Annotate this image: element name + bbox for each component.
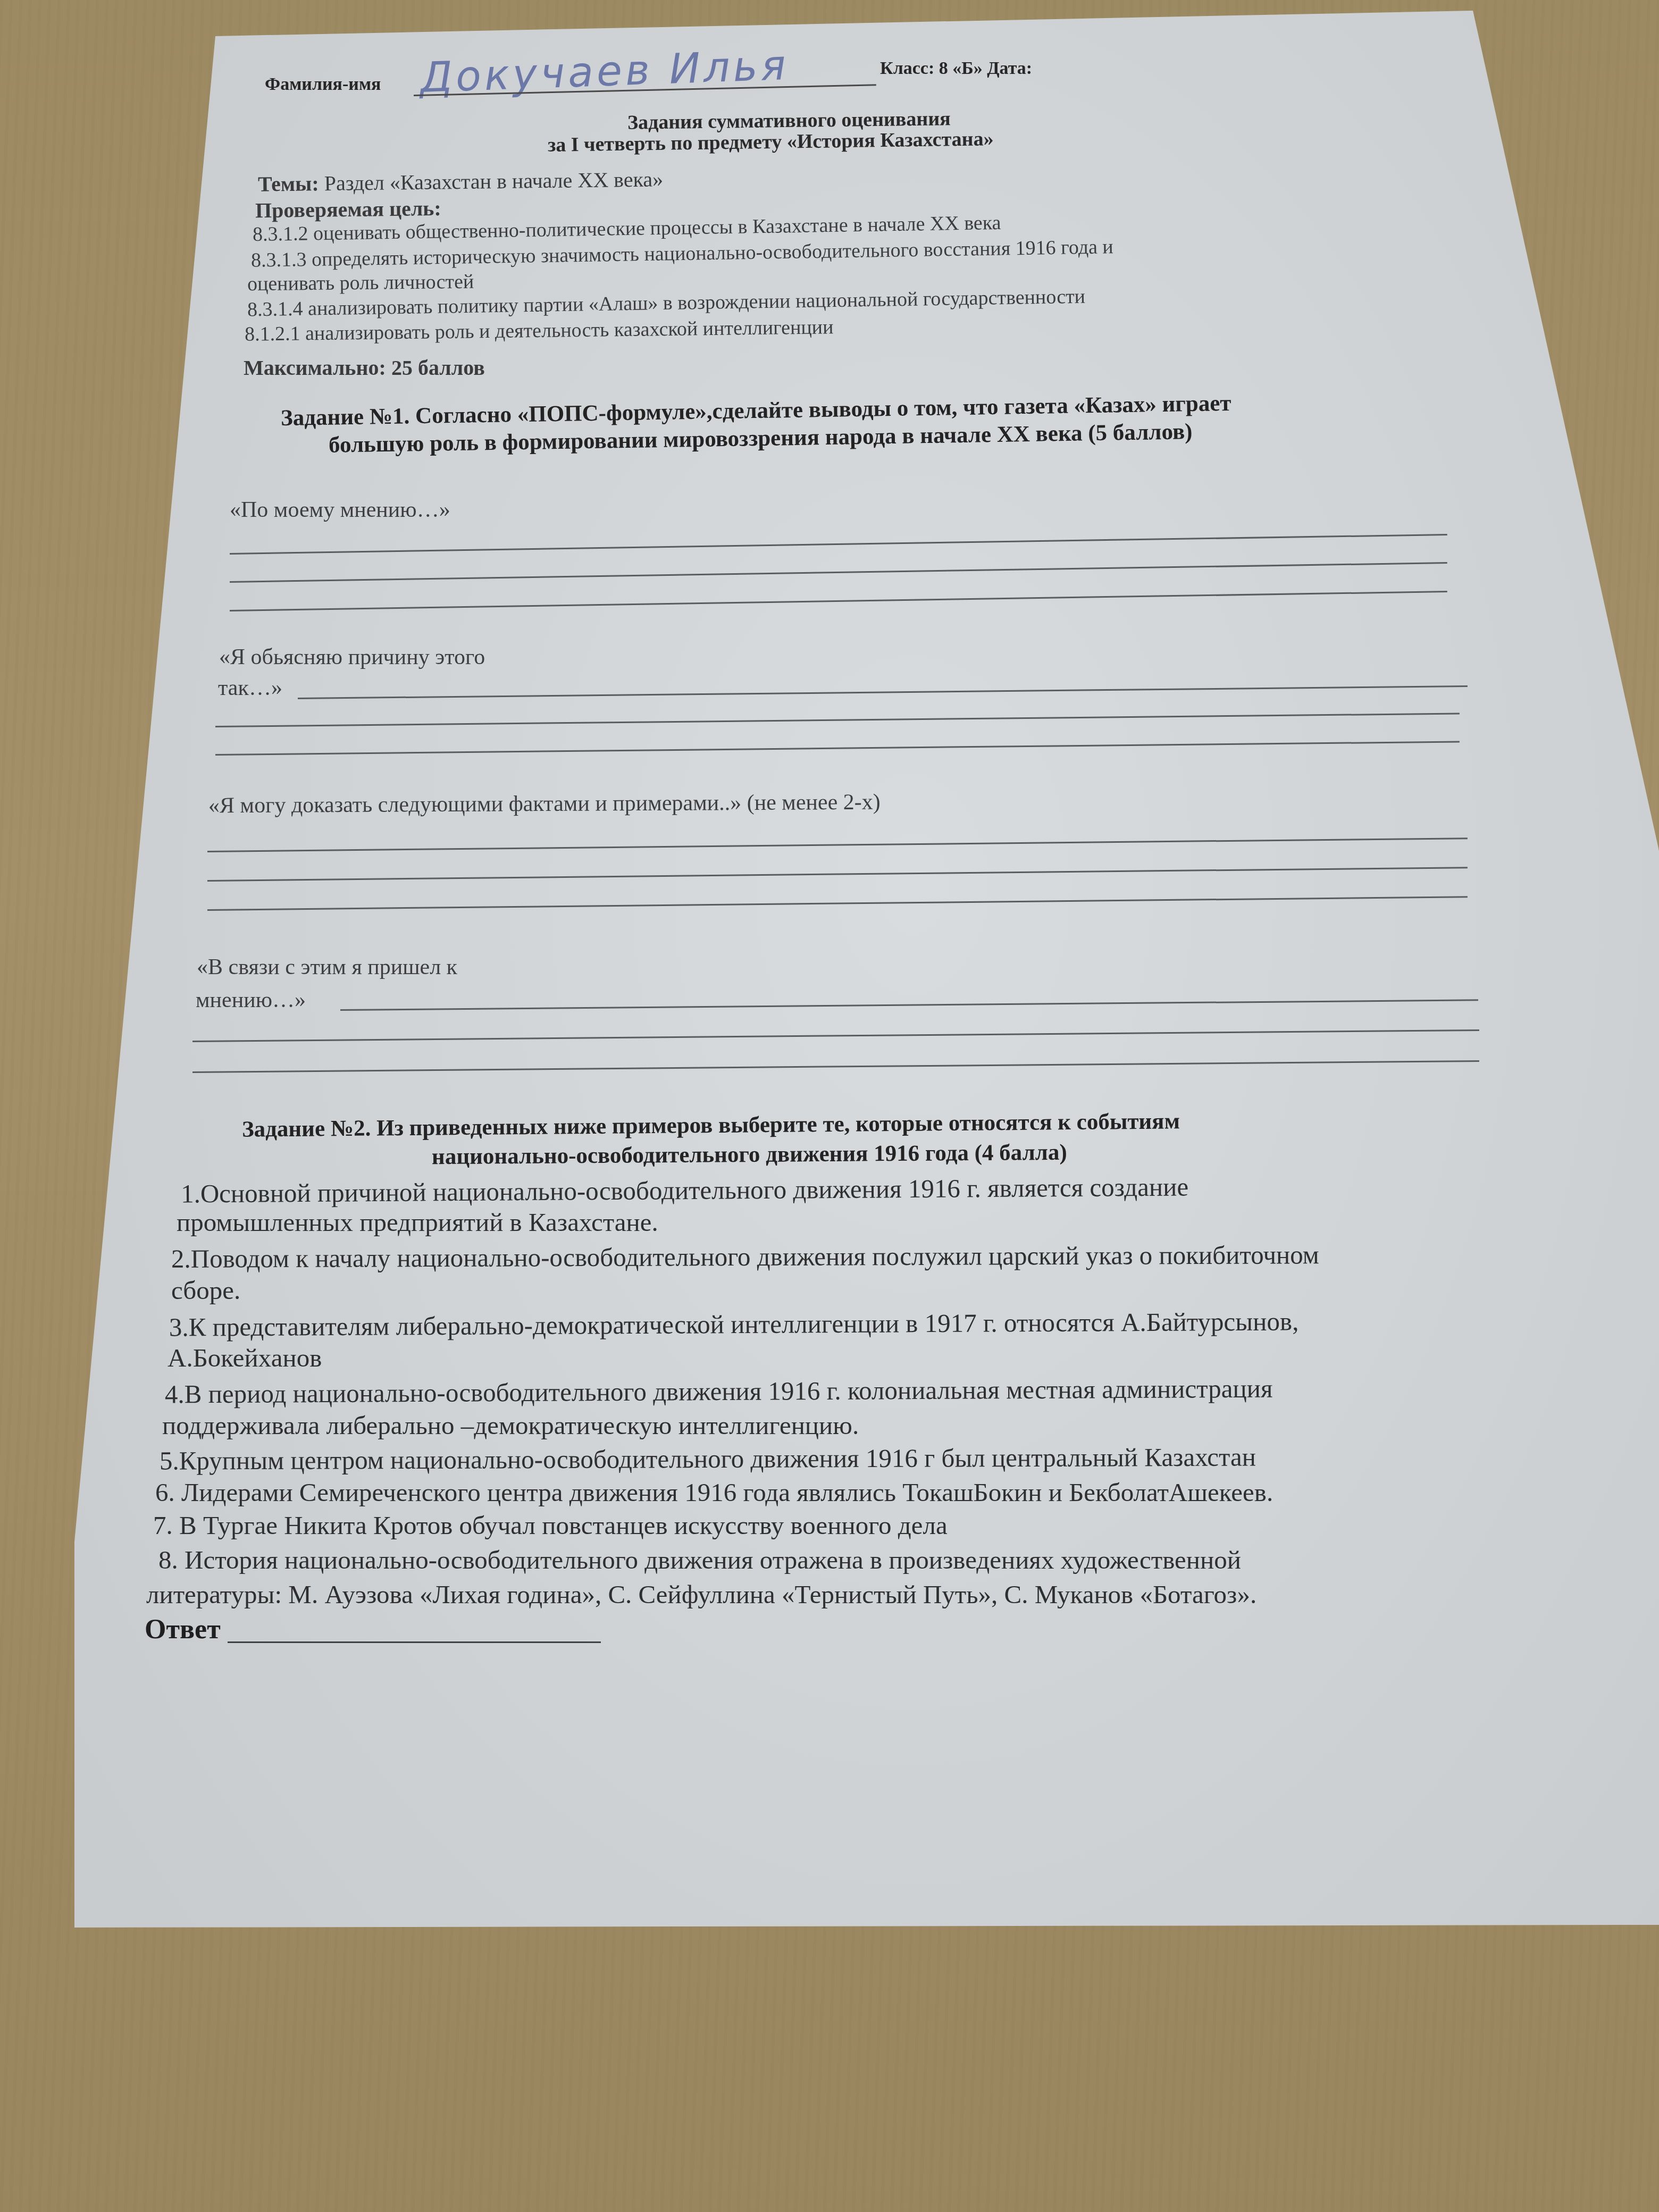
task1-prompt-conclusion-cont: мнению…» xyxy=(196,987,306,1013)
answer-line[interactable] xyxy=(298,685,1468,699)
task1-prompt-evidence: «Я могу доказать следующими фактами и пр… xyxy=(208,790,881,819)
answer-line[interactable] xyxy=(230,562,1447,583)
goal-label: Проверяемая цель: xyxy=(255,196,441,223)
answer-line[interactable] xyxy=(230,534,1447,555)
title-line-2: за I четверть по предмету «История Казах… xyxy=(548,127,994,157)
answer-line[interactable] xyxy=(192,1029,1479,1042)
answer-line[interactable] xyxy=(340,999,1478,1011)
task2-item: промышленных предприятий в Казахстане. xyxy=(177,1207,658,1237)
task2-item: 5.Крупным центром национально-освободите… xyxy=(160,1442,1256,1476)
task2-item: поддерживала либерально –демократическую… xyxy=(162,1410,859,1440)
task2-item: сборе. xyxy=(171,1275,240,1305)
task2-item: 6. Лидерами Семиреченского центра движен… xyxy=(155,1477,1273,1507)
class-date-label: Класс: 8 «Б» Дата: xyxy=(880,58,1032,79)
task2-item: 7. В Тургае Никита Кротов обучал повстан… xyxy=(153,1510,948,1540)
task2-item: 1.Основной причиной национально-освободи… xyxy=(181,1171,1188,1209)
answer-label: Ответ xyxy=(145,1614,221,1645)
name-label: Фамилия-имя xyxy=(265,74,381,95)
max-score: Максимально: 25 баллов xyxy=(244,355,485,380)
answer-line[interactable] xyxy=(192,1060,1479,1073)
goal-item: оценивать роль личностей xyxy=(247,270,474,296)
task1-prompt-conclusion: «В связи с этим я пришел к xyxy=(197,954,457,980)
answer-line[interactable] xyxy=(207,837,1468,852)
task2-item: А.Бокейханов xyxy=(167,1343,322,1373)
task2-item: 2.Поводом к началу национально-освободит… xyxy=(171,1239,1319,1274)
task2-item: литературы: М. Ауэзова «Лихая година», С… xyxy=(146,1579,1256,1610)
task2-item: 8. История национально-освободительного … xyxy=(158,1545,1241,1575)
answer-line[interactable] xyxy=(207,896,1468,911)
task2-item: 4.В период национально-освободительного … xyxy=(165,1373,1273,1410)
goal-item: 8.1.2.1 анализировать роль и деятельност… xyxy=(245,315,834,346)
answer-line[interactable] xyxy=(207,867,1468,882)
topics-value: Раздел «Казахстан в начале XX века» xyxy=(324,167,663,195)
answer-line[interactable] xyxy=(230,591,1447,611)
task2-title-line-1: Задание №2. Из приведенных ниже примеров… xyxy=(242,1108,1180,1142)
task1-prompt-reason-cont: так…» xyxy=(218,675,282,701)
task1-prompt-opinion: «По моему мнению…» xyxy=(230,497,450,523)
answer-line[interactable] xyxy=(215,741,1460,756)
task2-title-line-2: национально-освободительного движения 19… xyxy=(432,1139,1067,1170)
topics-label: Темы: xyxy=(258,171,319,196)
task1-prompt-reason: «Я обьясняю причину этого xyxy=(219,644,485,670)
worksheet-content: Фамилия-имя Докучаев Илья Класс: 8 «Б» Д… xyxy=(0,0,1659,2212)
answer-field[interactable] xyxy=(228,1641,601,1643)
task2-item: 3.К представителям либерально-демократич… xyxy=(169,1306,1299,1342)
topics: Темы: Раздел «Казахстан в начале XX века… xyxy=(258,166,664,196)
answer-line[interactable] xyxy=(215,713,1460,727)
